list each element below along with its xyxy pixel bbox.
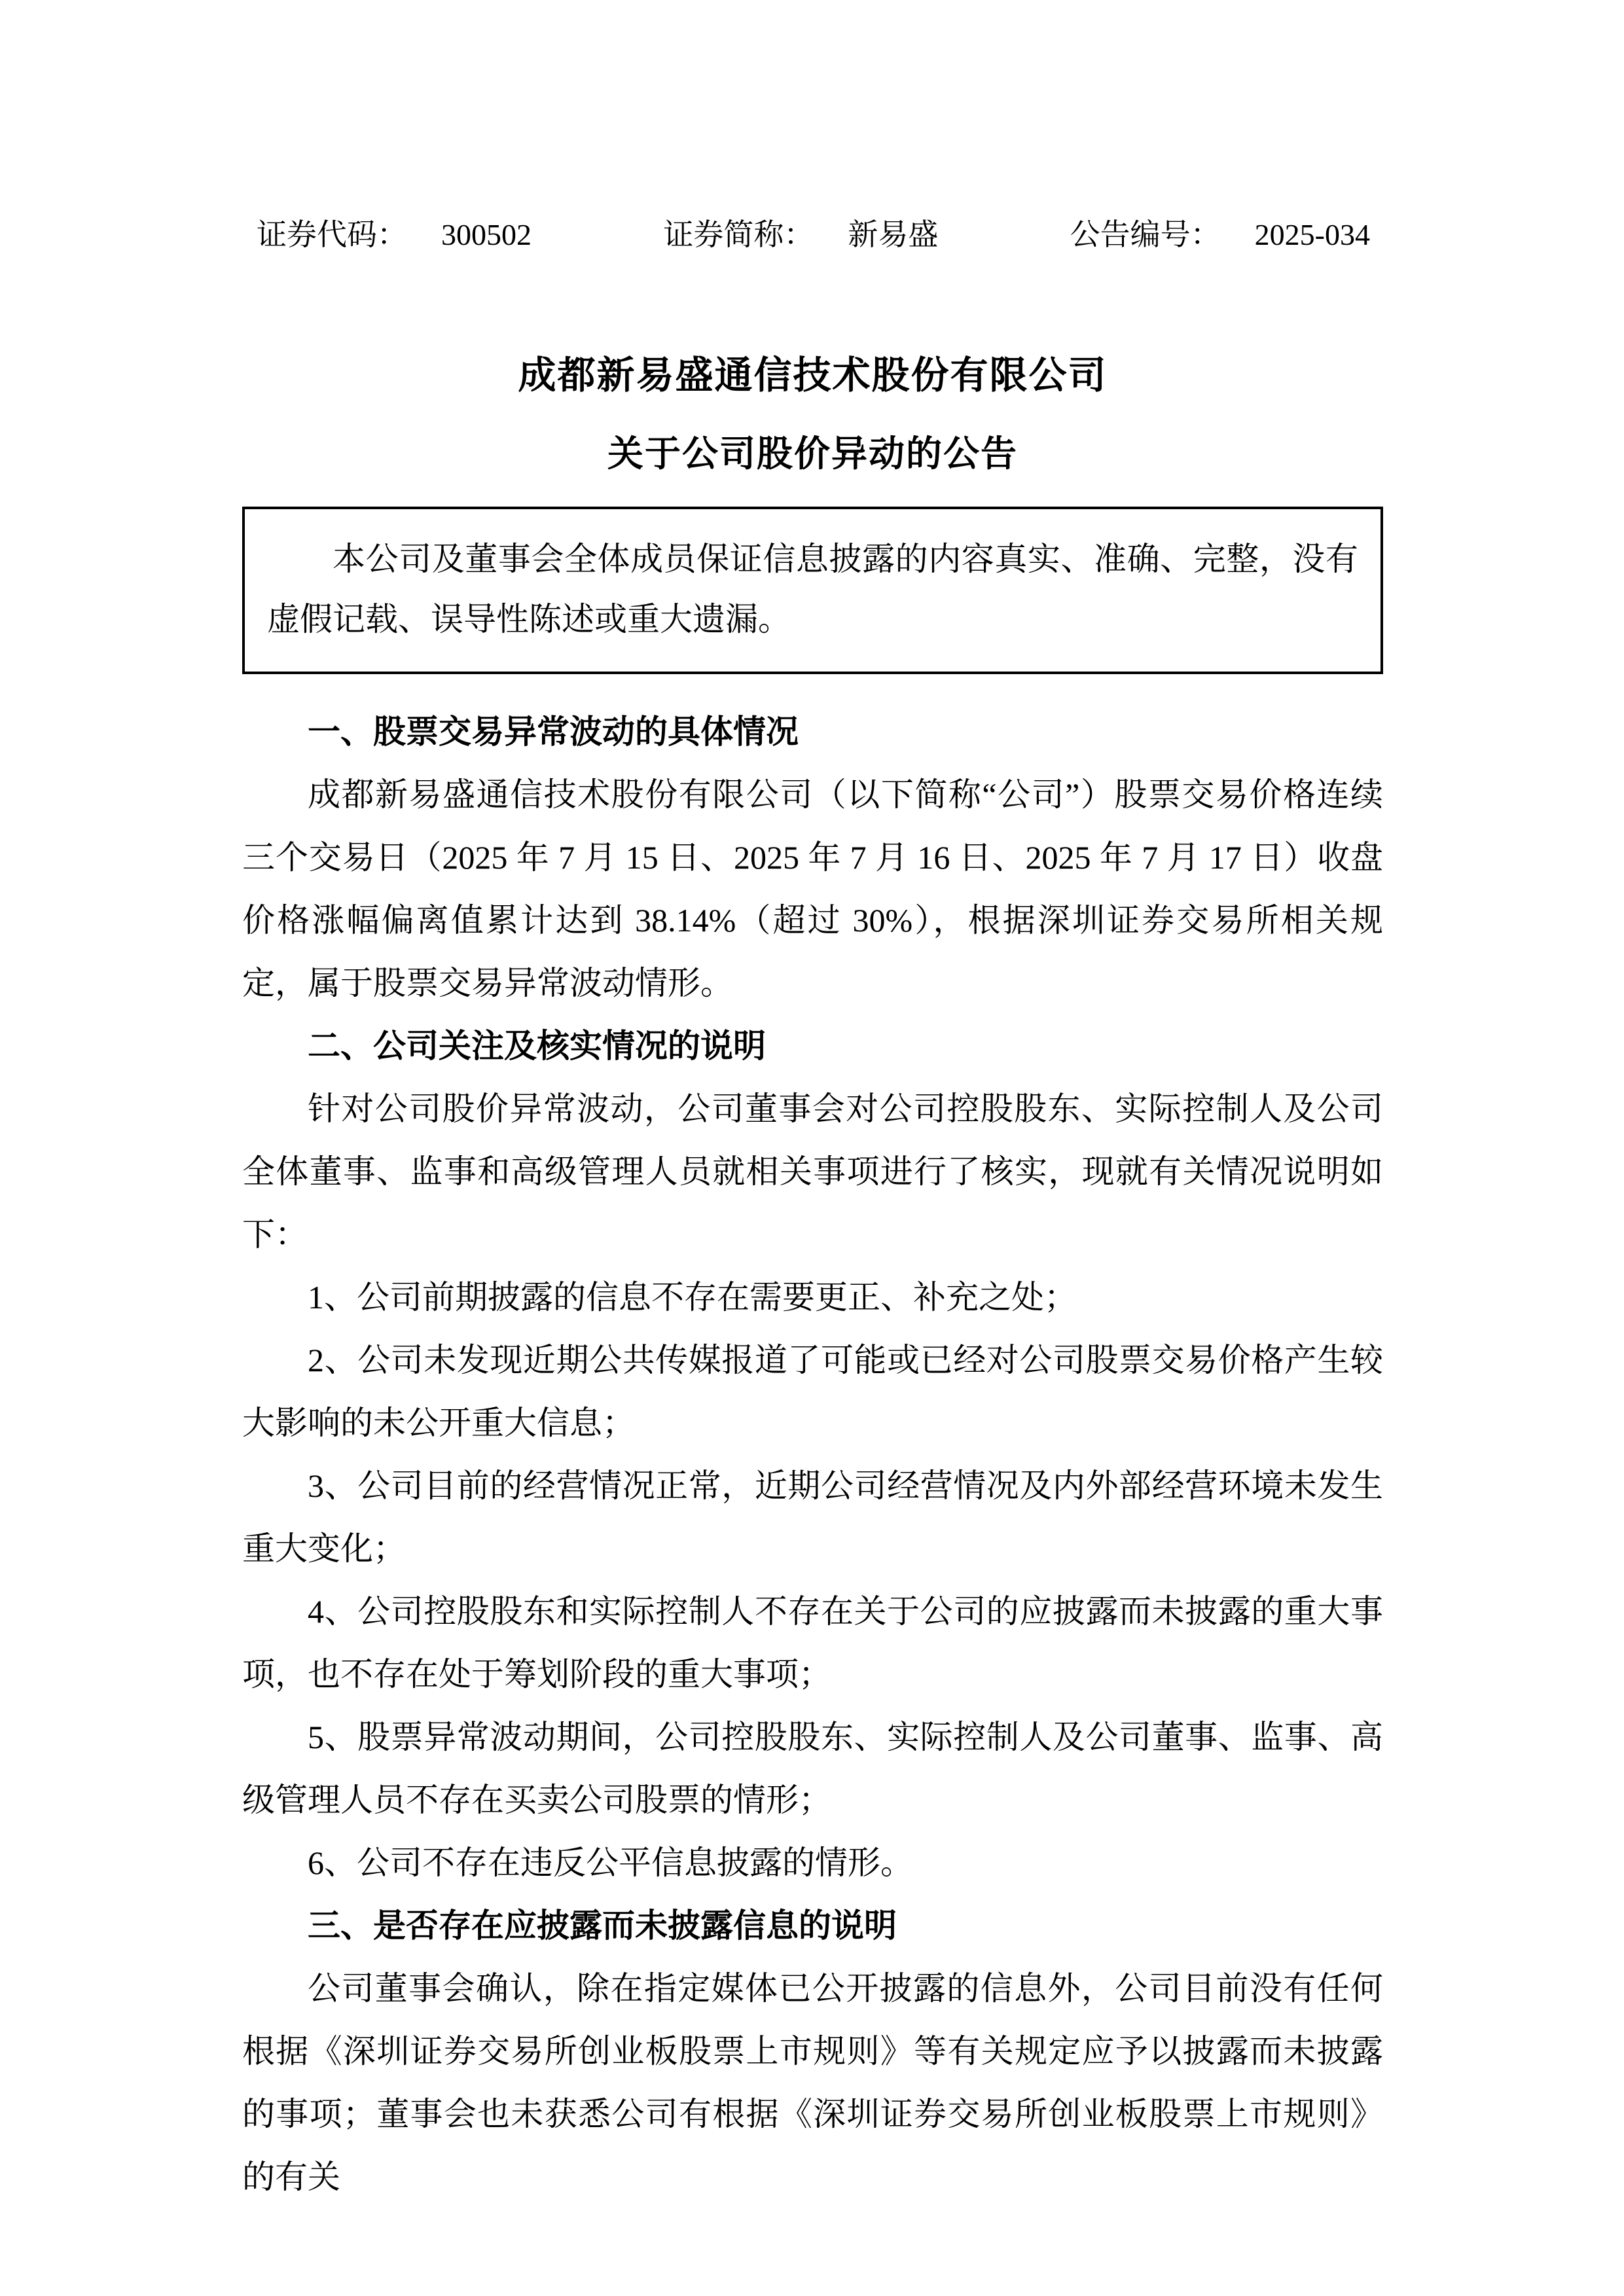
verification-item-1: 1、公司前期披露的信息不存在需要更正、补充之处； [242,1266,1383,1329]
verification-item-4: 4、公司控股股东和实际控制人不存在关于公司的应披露而未披露的重大事项，也不存在处… [242,1580,1383,1706]
verification-item-2: 2、公司未发现近期公共传媒报道了可能或已经对公司股票交易价格产生较大影响的未公开… [242,1329,1383,1454]
securities-header: 证券代码：300502 证券简称：新易盛 公告编号：2025-034 [242,215,1383,255]
section-3-paragraph: 公司董事会确认，除在指定媒体已公开披露的信息外，公司目前没有任何根据《深圳证券交… [242,1957,1383,2208]
announcement-body: 一、股票交易异常波动的具体情况 成都新易盛通信技术股份有限公司（以下简称“公司”… [242,700,1383,2208]
stock-code-label: 证券代码： [257,218,407,251]
announcement-number-group: 公告编号：2025-034 [1070,215,1370,255]
verification-item-5: 5、股票异常波动期间，公司控股股东、实际控制人及公司董事、监事、高级管理人员不存… [242,1706,1383,1831]
section-2-intro-paragraph: 针对公司股价异常波动，公司董事会对公司控股股东、实际控制人及公司全体董事、监事和… [242,1077,1383,1266]
verification-item-6: 6、公司不存在违反公平信息披露的情形。 [242,1831,1383,1894]
section-3-heading: 三、是否存在应披露而未披露信息的说明 [242,1894,1383,1957]
announcement-page: 证券代码：300502 证券简称：新易盛 公告编号：2025-034 成都新易盛… [0,0,1624,2296]
section-2-heading: 二、公司关注及核实情况的说明 [242,1014,1383,1077]
announcement-title: 关于公司股价异动的公告 [242,432,1383,475]
stock-short-name-value: 新易盛 [848,218,938,251]
company-name-title: 成都新易盛通信技术股份有限公司 [242,352,1383,399]
announcement-number-value: 2025-034 [1255,218,1370,251]
stock-short-name-group: 证券简称：新易盛 [663,215,938,255]
verification-item-3: 3、公司目前的经营情况正常，近期公司经营情况及内外部经营环境未发生重大变化； [242,1454,1383,1580]
stock-code-value: 300502 [441,218,532,251]
section-1-heading: 一、股票交易异常波动的具体情况 [242,700,1383,763]
disclaimer-box: 本公司及董事会全体成员保证信息披露的内容真实、准确、完整，没有虚假记载、误导性陈… [242,507,1383,674]
stock-code-group: 证券代码：300502 [257,215,532,255]
disclaimer-text: 本公司及董事会全体成员保证信息披露的内容真实、准确、完整，没有虚假记载、误导性陈… [267,541,1358,637]
stock-short-name-label: 证券简称： [663,218,814,251]
section-1-paragraph: 成都新易盛通信技术股份有限公司（以下简称“公司”）股票交易价格连续三个交易日（2… [242,763,1383,1014]
announcement-number-label: 公告编号： [1070,218,1221,251]
